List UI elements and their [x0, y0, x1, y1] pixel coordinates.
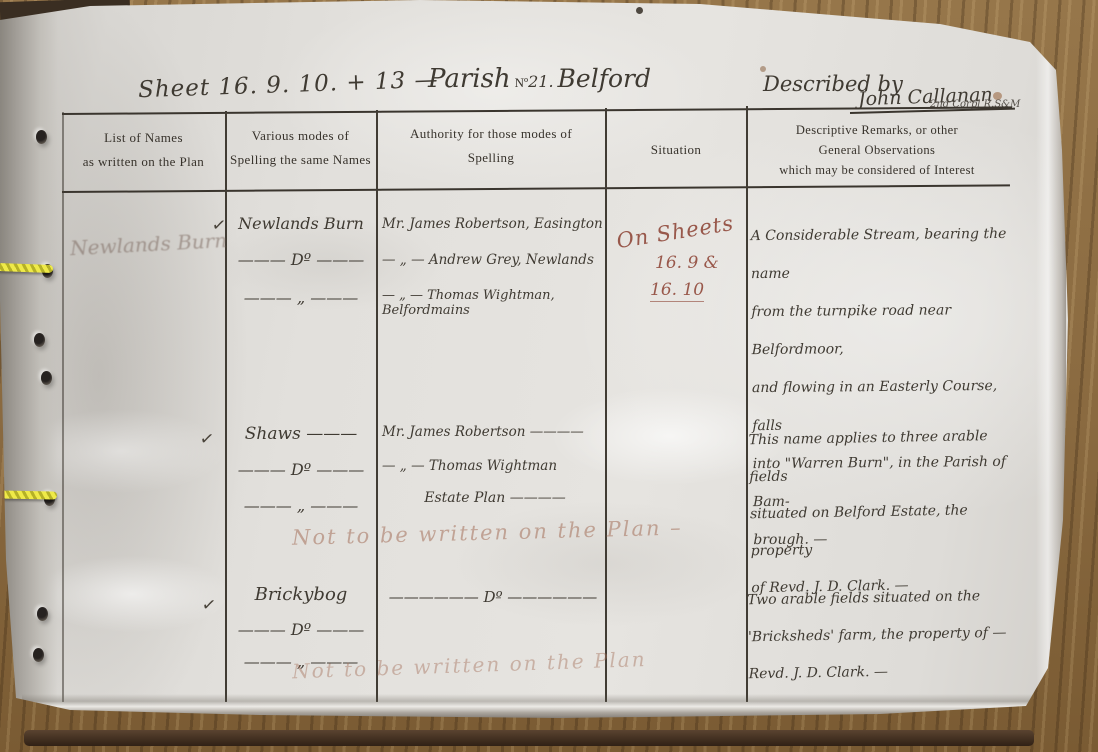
- remarks-line: situated on Belford Estate, the property: [750, 492, 1011, 571]
- spelling-line: Newlands Burn: [230, 214, 372, 233]
- document-page: 61 Sheet 16. 9. 10. + 13 — Parish Nº21. …: [0, 0, 1098, 752]
- authority-line: Mr. James Robertson ————: [382, 424, 604, 440]
- page-right-curl: [1036, 34, 1066, 694]
- remarks-line: Revd. J. D. Clark. —: [748, 652, 1011, 694]
- red-note: Not to be written on the Plan –: [292, 514, 732, 550]
- row-check-icon: ✓: [200, 595, 225, 618]
- binding-hole: [41, 371, 52, 385]
- binding-thread: [0, 490, 57, 499]
- situation-note: 16. 10: [650, 280, 704, 300]
- binding-gutter: [0, 0, 58, 712]
- spelling-line: ——— Dº ———: [230, 460, 372, 479]
- column-header-names: List of Names as written on the Plan: [66, 126, 221, 174]
- table-divider-3: [605, 108, 607, 702]
- binding-hole: [36, 130, 47, 144]
- binding-hole: [37, 607, 48, 621]
- spelling-line: Shaws ———: [230, 424, 372, 444]
- scanned-document-scene: 61 Sheet 16. 9. 10. + 13 — Parish Nº21. …: [0, 0, 1098, 752]
- authority-line: — „ — Thomas Wightman: [382, 458, 604, 474]
- column-header-remarks: Descriptive Remarks, or other General Ob…: [750, 120, 1004, 180]
- table-border-left: [62, 112, 64, 702]
- parish-title: Parish Nº21. Belford: [428, 64, 651, 94]
- table-divider-2: [376, 110, 378, 702]
- plan-name-faint: Newlands Burn: [69, 228, 230, 260]
- remarks-line: Two arable fields situated on the: [747, 578, 1010, 620]
- binding-hole: [33, 648, 44, 662]
- binding-hole: [34, 333, 45, 347]
- situation-note: 16. 9 &: [655, 253, 719, 273]
- remarks-line: A Considerable Stream, bearing the name: [751, 215, 1010, 293]
- spelling-line: Brickybog: [230, 584, 372, 605]
- parish-name: Belford: [558, 64, 651, 93]
- spelling-line: ——— „ ———: [230, 288, 372, 307]
- table-divider-1: [225, 111, 227, 702]
- column-header-authority: Authority for those modes of Spelling: [380, 122, 602, 170]
- table-rule-header-bottom: [62, 184, 1010, 192]
- situation-note: On Sheets: [615, 211, 736, 253]
- authority-line: Mr. James Robertson, Easington: [382, 216, 604, 232]
- authority-line: Estate Plan ————: [400, 490, 590, 506]
- authority-line: — „ — Andrew Grey, Newlands: [382, 252, 604, 268]
- remarks-block: Two arable fields situated on the 'Brick…: [747, 578, 1011, 694]
- spelling-line: ——— Dº ———: [230, 250, 372, 269]
- page-bottom-curl: [22, 694, 1032, 718]
- authority-line: —————— Dº ——————: [382, 588, 604, 606]
- parish-word: Parish: [428, 64, 511, 94]
- stain: [636, 7, 643, 14]
- row-check-icon: ✓: [198, 429, 223, 452]
- spelling-line: ——— Dº ———: [230, 620, 372, 639]
- parish-number: 21.: [528, 72, 553, 91]
- remarks-line: This name applies to three arable fields: [748, 418, 1009, 497]
- sheet-label: Sheet 16. 9. 10. + 13 —: [138, 67, 439, 103]
- spelling-line: ——— „ ———: [230, 496, 372, 515]
- parish-no-label: Nº: [515, 75, 528, 90]
- column-header-spelling: Various modes of Spelling the same Names: [228, 124, 373, 172]
- column-header-situation: Situation: [608, 138, 744, 162]
- remarks-line: 'Bricksheds' farm, the property of —: [748, 615, 1011, 657]
- book-cover-edge-bottom: [24, 730, 1034, 746]
- red-note: Not to be written on the Plan: [292, 645, 713, 684]
- authority-line: — „ — Thomas Wightman, Belfordmains: [382, 288, 604, 318]
- remarks-line: from the turnpike road near Belfordmoor,: [751, 291, 1010, 369]
- page-number: 61: [1039, 27, 1071, 57]
